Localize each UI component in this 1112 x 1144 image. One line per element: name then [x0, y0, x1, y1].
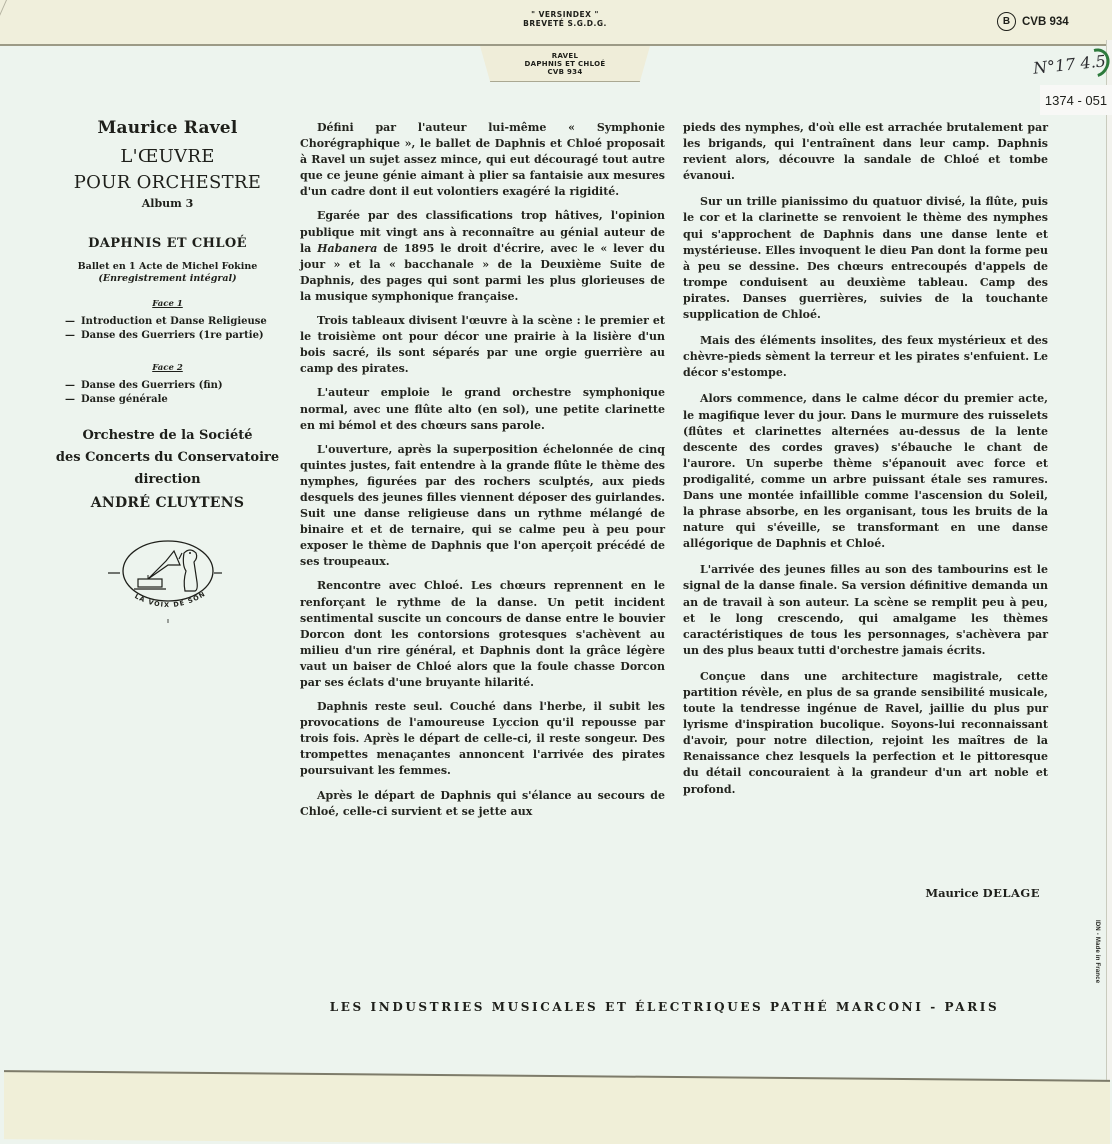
bottom-flap [4, 1070, 1110, 1144]
liner-paragraph: Mais des éléments insolites, des feux my… [683, 333, 1048, 381]
orchestra-credit: Orchestre de la Société des Concerts du … [50, 425, 285, 491]
conductor-name: ANDRÉ CLUYTENS [50, 491, 285, 515]
track-item: —Danse des Guerriers (1re partie) [65, 329, 285, 343]
liner-paragraph: Daphnis reste seul. Couché dans l'herbe,… [300, 699, 665, 779]
his-masters-voice-logo: LA VOIX DE SON MAITRE [108, 535, 228, 625]
spine-line: CVB 934 [547, 68, 582, 76]
composer-name: Maurice Ravel [50, 118, 285, 138]
liner-paragraph: Trois tableaux divisent l'œuvre à la scè… [300, 313, 665, 377]
direction-label: direction [50, 469, 285, 491]
work-title-line-1: L'ŒUVRE [50, 144, 285, 170]
orchestra-line-2: des Concerts du Conservatoire [50, 447, 285, 469]
liner-paragraph: L'auteur emploie le grand orchestre symp… [300, 385, 665, 433]
liner-paragraph: Défini par l'auteur lui-même « Symphonie… [300, 120, 665, 200]
versindex-line-2: BREVETÉ S.G.D.G. [480, 19, 650, 28]
side-1-tracks: —Introduction et Danse Religieuse —Danse… [50, 315, 285, 343]
liner-notes-column-2: pieds des nymphes, d'où elle est arraché… [683, 120, 1048, 808]
recording-note: (Enregistrement intégral) [50, 273, 285, 285]
notes-author: Maurice DELAGE [860, 886, 1040, 900]
flap-crease [0, 0, 76, 46]
liner-paragraph: Rencontre avec Chloé. Les chœurs reprenn… [300, 578, 665, 691]
right-edge [1106, 40, 1112, 1080]
side-2-heading: Face 2 [50, 363, 285, 373]
album-number: Album 3 [50, 197, 285, 210]
side-2-tracks: —Danse des Guerriers (fin) —Danse généra… [50, 379, 285, 407]
liner-paragraph: Conçue dans une architecture magistrale,… [683, 669, 1048, 798]
made-in-label: IDN - Made in France [1094, 920, 1100, 983]
author-last-name: DELAGE [983, 886, 1040, 900]
liner-paragraph: pieds des nymphes, d'où elle est arraché… [683, 120, 1048, 184]
piece-title: DAPHNIS ET CHLOÉ [50, 236, 285, 251]
publisher-line: LES INDUSTRIES MUSICALES ET ÉLECTRIQUES … [297, 1000, 1032, 1014]
liner-paragraph: Alors commence, dans le calme décor du p… [683, 391, 1048, 552]
track-item: —Introduction et Danse Religieuse [65, 315, 285, 329]
album-info-panel: Maurice Ravel L'ŒUVRE POUR ORCHESTRE Alb… [50, 118, 285, 625]
rights-circle-icon: B [997, 12, 1016, 31]
nipper-gramophone-icon: LA VOIX DE SON MAITRE [108, 535, 228, 625]
liner-paragraph: Après le départ de Daphnis qui s'élance … [300, 788, 665, 820]
spine-tab: RAVEL DAPHNIS ET CHLOÉ CVB 934 [480, 46, 650, 82]
track-item: —Danse générale [65, 393, 285, 407]
liner-paragraph: L'arrivée des jeunes filles au son des t… [683, 562, 1048, 659]
orchestra-line-1: Orchestre de la Société [50, 425, 285, 447]
spine-line: RAVEL [552, 52, 579, 60]
author-first-name: Maurice [925, 886, 978, 900]
side-1-heading: Face 1 [50, 299, 285, 309]
work-title-line-2: POUR ORCHESTRE [50, 170, 285, 196]
liner-paragraph: Egarée par des classifications trop hâti… [300, 208, 665, 305]
track-item: —Danse des Guerriers (fin) [65, 379, 285, 393]
liner-paragraph: L'ouverture, après la superposition éche… [300, 442, 665, 571]
ballet-subtitle: Ballet en 1 Acte de Michel Fokine [50, 260, 285, 273]
price-sticker: 1374 - 051 [1040, 85, 1112, 115]
versindex-label: " VERSINDEX " BREVETÉ S.G.D.G. [480, 10, 650, 28]
liner-paragraph: Sur un trille pianissimo du quatuor divi… [683, 194, 1048, 323]
catalog-number: B CVB 934 [997, 12, 1069, 31]
spine-line: DAPHNIS ET CHLOÉ [525, 60, 606, 68]
catalog-code: CVB 934 [1022, 16, 1069, 28]
liner-notes-column-1: Défini par l'auteur lui-même « Symphonie… [300, 120, 665, 828]
versindex-line-1: " VERSINDEX " [480, 10, 650, 19]
